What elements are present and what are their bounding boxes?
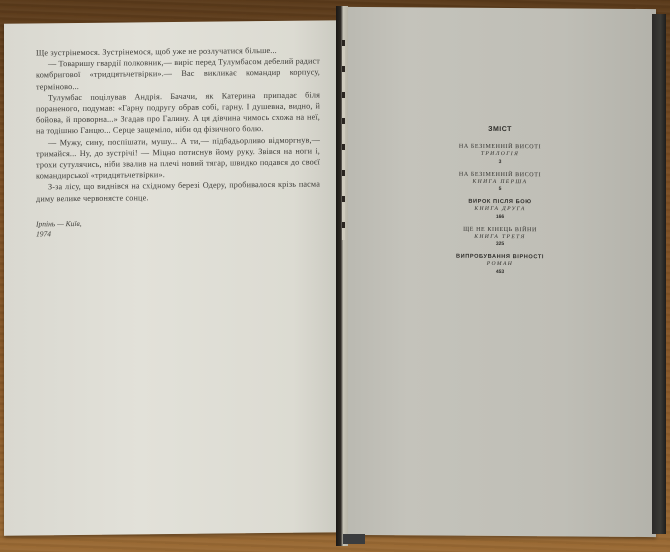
right-page: ЗМІСТ НА БЕЗІМЕННІЙ ВИСОТІ ТРИЛОГІЯ 3 НА… [346,7,656,537]
signature-year: 1974 [36,229,82,239]
signature-place: Ірпінь — Київ, [36,219,82,229]
toc-entry: НА БЕЗІМЕННІЙ ВИСОТІ ТРИЛОГІЯ 3 [420,142,580,166]
paragraph: — Товаришу гвардії полковник,— виріс пер… [36,56,320,93]
spine-bottom-tab [343,534,365,544]
paragraph: Тулумбас поцілував Андрія. Бачачи, як Ка… [36,89,320,137]
toc-entry: ВИРОК ПІСЛЯ БОЮ КНИГА ДРУГА 166 [420,197,580,221]
toc-title: ЗМІСТ [420,125,580,133]
toc-entry: ЩЕ НЕ КІНЕЦЬ ВІЙНИ КНИГА ТРЕТЯ 325 [420,225,580,249]
signature: Ірпінь — Київ, 1974 [36,219,82,239]
toc-entry-page: 166 [420,213,580,221]
paragraph: З-за лісу, що виднівся на східному берез… [36,179,320,204]
paragraph: — Мужу, сину, поспішати, мушу... А ти,— … [36,134,320,182]
toc-entry-page: 453 [420,268,580,276]
left-page: Ще зустрінемося. Зустрінемося, щоб уже н… [4,20,344,536]
table-of-contents: ЗМІСТ НА БЕЗІМЕННІЙ ВИСОТІ ТРИЛОГІЯ 3 НА… [420,125,580,281]
binding-threads [342,40,345,240]
toc-entry: ВИПРОБУВАННЯ ВІРНОСТІ РОМАН 453 [420,252,580,276]
back-cover-edge [652,14,666,534]
toc-entry: НА БЕЗІМЕННІЙ ВИСОТІ КНИГА ПЕРША 5 [420,170,580,194]
toc-entry-page: 3 [420,158,580,166]
toc-entry-page: 325 [420,240,580,248]
left-page-text: Ще зустрінемося. Зустрінемося, щоб уже н… [36,44,320,204]
toc-entry-page: 5 [420,185,580,193]
